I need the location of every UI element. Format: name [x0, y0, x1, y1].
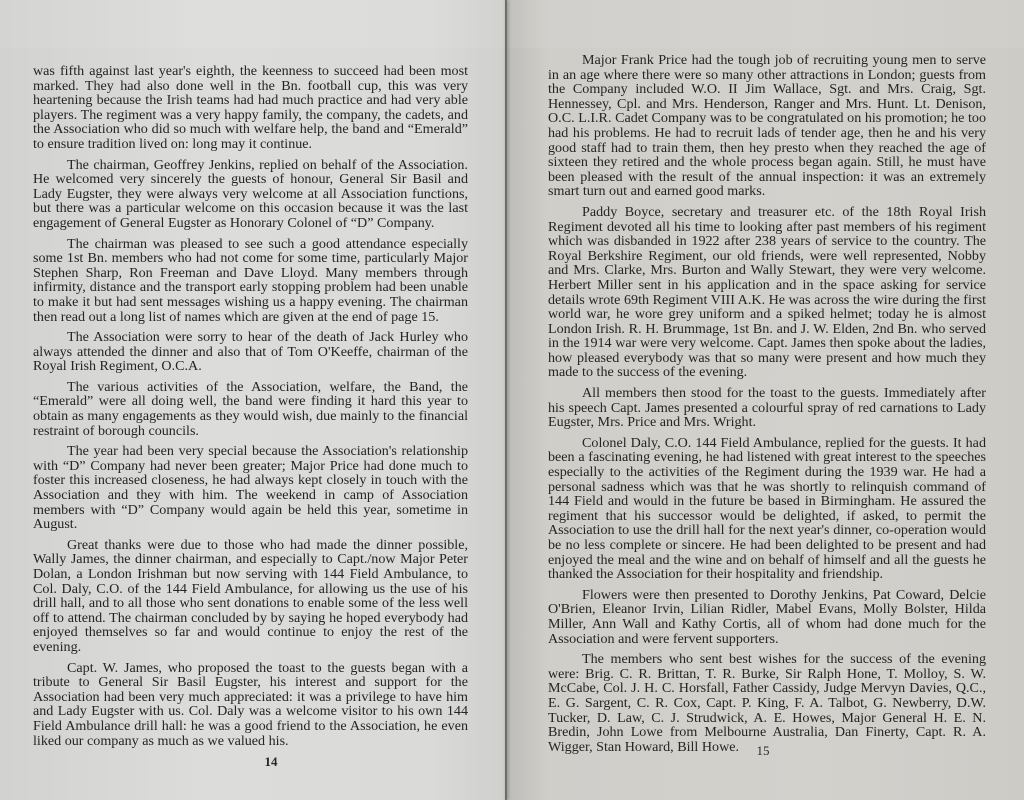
page-number: 14 — [36, 755, 506, 770]
right-page: Major Frank Price had the tough job of r… — [506, 0, 1024, 800]
page-number: 15 — [502, 744, 1024, 759]
paragraph-best-wishes: The members who sent best wishes for the… — [548, 652, 986, 754]
paragraph-paddy-boyce: Paddy Boyce, secretary and treasurer etc… — [548, 205, 986, 380]
page-top-margin — [506, 0, 1024, 48]
page-top-margin — [0, 0, 506, 48]
paragraph-flowers: Flowers were then presented to Dorothy J… — [548, 588, 986, 646]
paragraph-major-price: Major Frank Price had the tough job of r… — [548, 53, 986, 199]
paragraph-continuation: was fifth against last year's eighth, th… — [33, 64, 468, 152]
paragraph-thanks: Great thanks were due to those who had m… — [33, 538, 468, 655]
paragraph-chairman-reply: The chairman, Geoffrey Jenkins, replied … — [33, 158, 468, 231]
booklet-spread: was fifth against last year's eighth, th… — [0, 0, 1024, 800]
book-spine — [505, 0, 507, 800]
paragraph-toast-guests: All members then stood for the toast to … — [548, 386, 986, 430]
paragraph-condolences: The Association were sorry to hear of th… — [33, 330, 468, 374]
paragraph-attendance: The chairman was pleased to see such a g… — [33, 237, 468, 325]
paragraph-colonel-daly: Colonel Daly, C.O. 144 Field Ambulance, … — [548, 436, 986, 582]
paragraph-d-company: The year had been very special because t… — [33, 444, 468, 532]
paragraph-toast: Capt. W. James, who proposed the toast t… — [33, 661, 468, 749]
left-page: was fifth against last year's eighth, th… — [0, 0, 506, 800]
paragraph-activities: The various activities of the Associatio… — [33, 380, 468, 438]
